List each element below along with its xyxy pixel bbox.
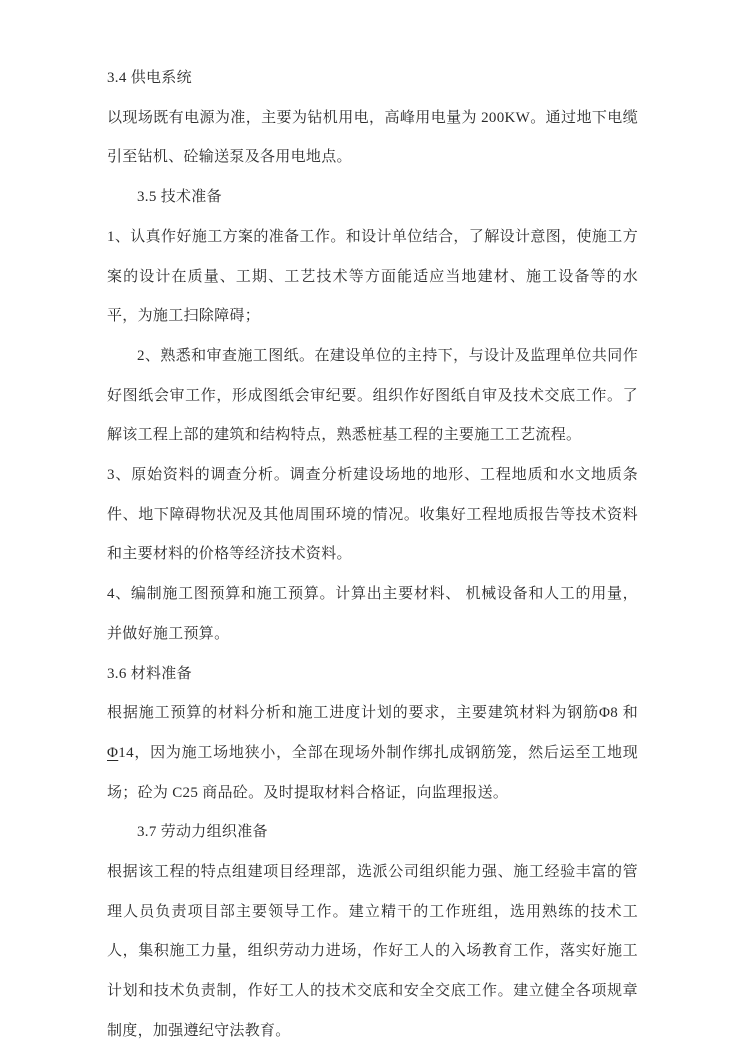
- paragraph-power-supply-body: 以现场既有电源为准，主要为钻机用电，高峰用电量为 200KW。通过地下电缆引至钻…: [107, 99, 638, 178]
- paragraph-material-preparation-body: 根据施工预算的材料分析和施工进度计划的要求，主要建筑材料为钢筋Φ8 和Φ14，因…: [107, 694, 638, 813]
- paragraph-item-2-drawing-review: 2、熟悉和审查施工图纸。在建设单位的主持下，与设计及监理单位共同作好图纸会审工作…: [107, 337, 638, 456]
- material-text-underlined-phi: Φ: [107, 745, 118, 761]
- material-text-pre: 根据施工预算的材料分析和施工进度计划的要求，主要建筑材料为钢筋Φ8 和: [107, 705, 638, 721]
- paragraph-item-3-original-data-analysis: 3、原始资料的调查分析。调查分析建设场地的地形、工程地质和水文地质条件、地下障碍…: [107, 456, 638, 575]
- section-heading-material-preparation: 3.6 材料准备: [107, 655, 638, 695]
- paragraph-item-4-budget-preparation: 4、编制施工图预算和施工预算。计算出主要材料、 机械设备和人工的用量，并做好施工…: [107, 575, 638, 654]
- document-page: 3.4 供电系统 以现场既有电源为准，主要为钻机用电，高峰用电量为 200KW。…: [0, 0, 744, 1052]
- material-text-post: 14，因为施工场地狭小，全部在现场外制作绑扎成钢筋笼，然后运至工地现场；砼为 C…: [107, 745, 638, 801]
- section-heading-power-supply: 3.4 供电系统: [107, 59, 638, 99]
- section-heading-labor-organization: 3.7 劳动力组织准备: [107, 813, 638, 853]
- section-heading-technical-preparation: 3.5 技术准备: [107, 178, 638, 218]
- paragraph-labor-organization-body: 根据该工程的特点组建项目经理部，选派公司组织能力强、施工经验丰富的管理人员负责项…: [107, 853, 638, 1052]
- paragraph-item-1-construction-plan: 1、认真作好施工方案的准备工作。和设计单位结合，了解设计意图，使施工方案的设计在…: [107, 218, 638, 337]
